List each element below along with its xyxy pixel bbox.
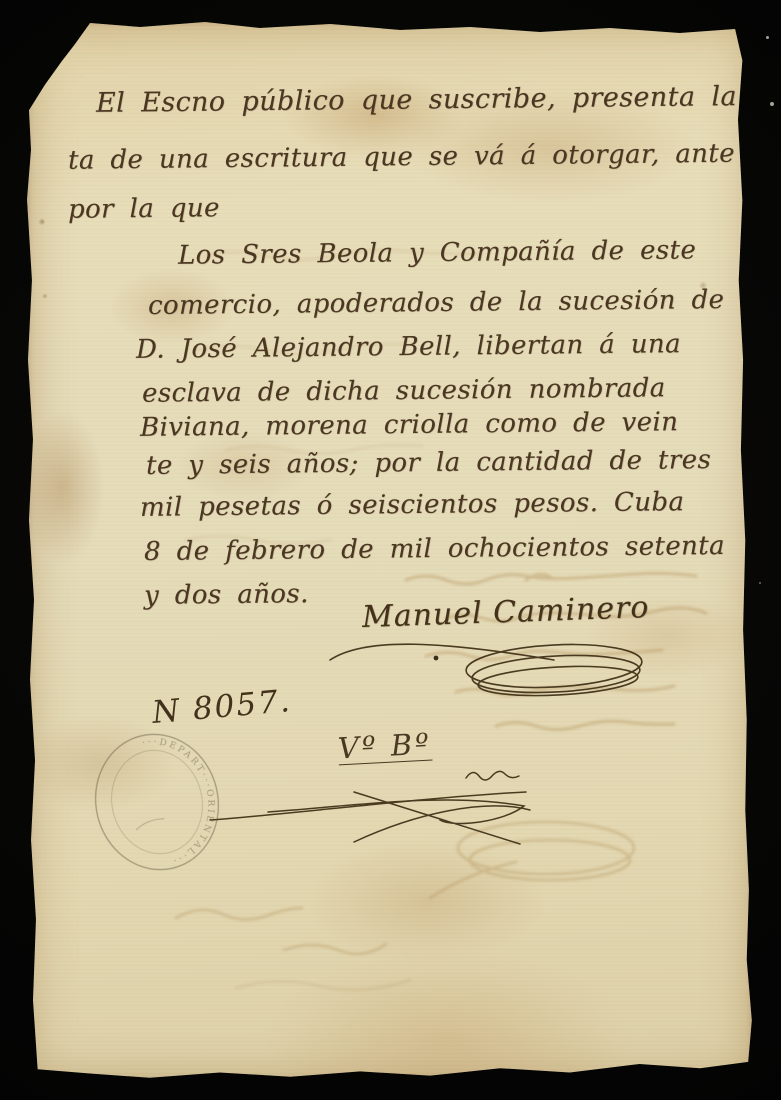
oval-stamp: ···DEPART···ORIENTAL··· (74, 714, 240, 890)
approval-rubric (204, 762, 534, 852)
manuscript-line: esclava de dicha sucesión nombrada (142, 373, 666, 410)
dust-speck (766, 36, 769, 39)
photo-background: El Escno público que suscribe, presenta … (0, 0, 781, 1100)
document-page: El Escno público que suscribe, presenta … (26, 20, 754, 1082)
stamp-ring-text: ···DEPART···ORIENTAL··· (140, 725, 229, 866)
manuscript-line: comercio, apoderados de la sucesión de (148, 285, 725, 322)
manuscript-line: Biviana, morena criolla como de vein (140, 407, 679, 444)
manuscript-line: Los Sres Beola y Compañía de este (178, 235, 696, 272)
manuscript-line: 8 de febrero de mil ochocientos setenta (144, 531, 725, 568)
manuscript-line: mil pesetas ó seiscientos pesos. Cuba (140, 487, 685, 524)
dust-speck (770, 102, 774, 106)
manuscript-line: El Escno público que suscribe, presenta … (96, 80, 781, 120)
manuscript-line: y dos años. (144, 579, 309, 612)
svg-text:···DEPART···ORIENTAL···: ···DEPART···ORIENTAL··· (140, 725, 229, 866)
dust-speck (759, 582, 761, 584)
manuscript-line: por la que (68, 193, 220, 226)
signature-name: Manuel Caminero (362, 593, 650, 633)
manuscript-line: te y seis años; por la cantidad de tres (146, 445, 711, 482)
manuscript-line: D. José Alejandro Bell, libertan á una (136, 329, 681, 366)
approval-mark: Vº Bº (337, 730, 432, 764)
manuscript-line: ta de una escritura que se vá á otorgar,… (68, 138, 775, 177)
